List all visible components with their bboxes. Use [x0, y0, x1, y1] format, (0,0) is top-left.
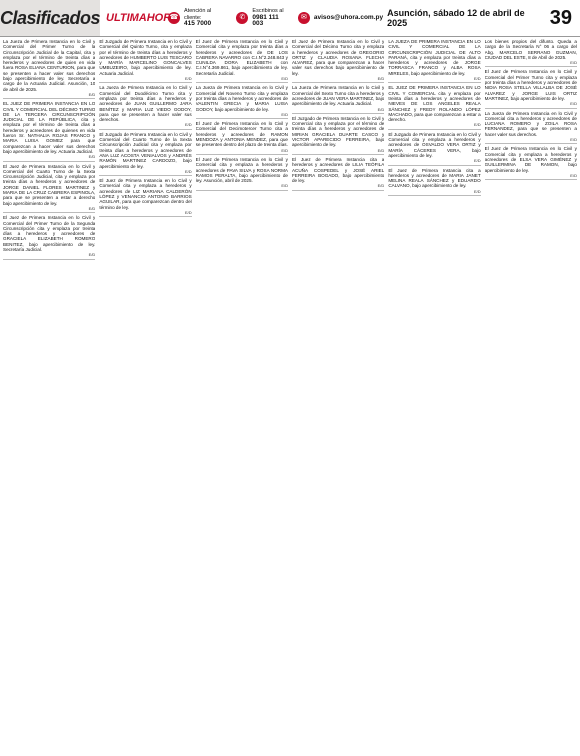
notice-ref: E/D: [388, 158, 480, 163]
legal-notice: El Juez de Primera Instancia en lo Civil…: [196, 121, 288, 155]
notice-ref: E/D: [3, 154, 95, 159]
notice-ref: E/D: [292, 107, 384, 112]
notice-ref: E/D: [196, 183, 288, 188]
legal-notice: EL JUEZ DE PRIMERA INSTANCIA EN LO CIVIL…: [3, 101, 95, 161]
contact-value: 0981 111 003: [252, 14, 278, 28]
legal-notice: La Jueza de Primera Instancia en lo Civi…: [292, 85, 384, 113]
legal-notice: El Juez de Primera Instancia en lo Civil…: [485, 69, 577, 108]
legal-notice: El Juzgado de Primera Instancia en lo Ci…: [99, 39, 191, 83]
notice-ref: E/D: [485, 173, 577, 178]
notice-ref: E/D: [3, 252, 95, 257]
column-3: El Juez de Primera Instancia en lo Civil…: [196, 39, 288, 755]
legal-notice: LA JUEZA DE PRIMERA INSTANCIA EN LO CIVI…: [388, 39, 480, 83]
notice-ref: E/D: [99, 76, 191, 81]
contact-phone: ☎ Atención al cliente:415 7000: [164, 0, 232, 36]
legal-notice: El Juez de Primera Instancia en lo Civil…: [485, 146, 577, 180]
notice-text: El Juez de Primera Instancia cita a here…: [388, 168, 480, 189]
contact-email: ✉ avisos@uhora.com.py: [294, 0, 387, 36]
notice-text: La Jueza de Primera Instancia en lo Civi…: [292, 85, 384, 106]
legal-notice: El Juez de Primera Instancia en lo Civil…: [99, 178, 191, 217]
column-5: LA JUEZA DE PRIMERA INSTANCIA EN LO CIVI…: [388, 39, 480, 755]
legal-notice: El Juez de Primera Instancia en lo Civil…: [3, 164, 95, 214]
legal-notice: Los bienes propios del difunto. Queda a …: [485, 39, 577, 67]
notice-ref: E/D: [99, 210, 191, 215]
notice-text: El Juzgado de Primera Instancia en lo Ci…: [388, 132, 480, 158]
legal-notice: EL JUEZ DE PRIMERA INSTANCIA EN LO CIVIL…: [388, 85, 480, 129]
legal-notice: El Juez de Primera Instancia en lo Civil…: [196, 157, 288, 191]
column-2: El Juzgado de Primera Instancia en lo Ci…: [99, 39, 191, 755]
column-1: La Jueza de Primera Instancia en lo Civi…: [3, 39, 95, 755]
column-6: Los bienes propios del difunto. Queda a …: [485, 39, 577, 755]
legal-notice: La Jueza de Primera Instancia en lo Civi…: [99, 85, 191, 129]
column-4: El Juez de Primera Instancia en lo Civil…: [292, 39, 384, 755]
notice-ref: E/D: [388, 122, 480, 127]
notice-ref: E/D: [196, 76, 288, 81]
email-icon: ✉: [298, 12, 310, 24]
notice-ref: E/D: [485, 137, 577, 142]
section-title-box: Clasificados: [0, 0, 100, 36]
phone-icon: ☎: [168, 12, 180, 24]
notice-text: El Juez de Primera Instancia en lo Civil…: [196, 157, 288, 183]
notice-text: LA JUEZA DE PRIMERA INSTANCIA EN LO CIVI…: [388, 39, 480, 76]
whatsapp-icon: ✆: [236, 12, 248, 24]
notice-text: El Juzgado de Primera Instancia en lo Ci…: [99, 132, 191, 169]
notice-ref: E/D: [99, 169, 191, 174]
notice-text: La Jueza de Primera Instancia en lo Civi…: [485, 111, 577, 137]
notice-ref: E/D: [196, 112, 288, 117]
legal-notice: El Juez de Primera Instancia cita a here…: [388, 168, 480, 196]
notice-text: Los bienes propios del difunto. Queda a …: [485, 39, 577, 60]
legal-notice: La Jueza de Primera Instancia en lo Civi…: [485, 111, 577, 145]
notice-ref: E/D: [292, 148, 384, 153]
legal-notice: La Jueza de Primera Instancia en lo Civi…: [3, 39, 95, 99]
notice-text: El Juez de Primera Instancia cita a here…: [292, 157, 384, 183]
legal-notice: El Juez de Primera Instancia en lo Civil…: [3, 215, 95, 259]
notice-ref: E/D: [388, 76, 480, 81]
notice-ref: E/D: [292, 183, 384, 188]
notice-text: El Juzgado de Primera Instancia en lo Ci…: [292, 116, 384, 147]
legal-notice: El Juez de Primera Instancia en lo Civil…: [196, 39, 288, 83]
notice-ref: E/D: [99, 122, 191, 127]
contact-whatsapp: ✆ Escribinos al0981 111 003: [232, 0, 293, 36]
notice-text: El Juez de Primera Instancia en lo Civil…: [485, 146, 577, 172]
notice-text: La Jueza de Primera Instancia en lo Civi…: [196, 85, 288, 111]
notice-text: La Jueza de Primera Instancia en lo Civi…: [3, 39, 95, 92]
notice-ref: E/D: [292, 76, 384, 81]
notice-ref: E/D: [196, 148, 288, 153]
notice-text: EL JUEZ DE PRIMERA INSTANCIA EN LO CIVIL…: [3, 101, 95, 154]
page-header: Clasificados ULTIMAHORA ☎ Atención al cl…: [0, 0, 580, 37]
contact-label: Atención al cliente:: [184, 8, 211, 21]
legal-notice: El Juzgado de Primera Instancia en lo Ci…: [388, 132, 480, 166]
notice-ref: E/D: [3, 92, 95, 97]
issue-date: Asunción, sábado 12 de abril de 2025: [387, 8, 542, 28]
page-number: 39: [550, 7, 572, 30]
notice-text: El Juzgado de Primera Instancia en lo Ci…: [99, 39, 191, 76]
notice-text: El Juez de Primera Instancia en lo Civil…: [485, 69, 577, 100]
notice-text: El Juez de Primera Instancia en lo Civil…: [196, 39, 288, 76]
classifieds-columns: La Jueza de Primera Instancia en lo Civi…: [0, 37, 580, 756]
newspaper-logo: ULTIMAHORA: [100, 0, 164, 36]
date-block: Asunción, sábado 12 de abril de 2025 39: [387, 0, 580, 36]
notice-text: La Jueza de Primera Instancia en lo Civi…: [99, 85, 191, 122]
legal-notice: El Juez de Primera Instancia cita a here…: [292, 157, 384, 191]
legal-notice: El Juzgado de Primera Instancia en lo Ci…: [99, 132, 191, 176]
section-title: Clasificados: [0, 8, 100, 29]
notice-text: El Juez de Primera Instancia en lo Civil…: [3, 215, 95, 252]
legal-notice: El Juez de Primera Instancia en lo Civil…: [292, 39, 384, 83]
notice-ref: E/D: [485, 101, 577, 106]
notice-text: El Juez de Primera Instancia en lo Civil…: [99, 178, 191, 209]
notice-ref: E/D: [3, 206, 95, 211]
notice-ref: E/D: [485, 60, 577, 65]
notice-text: El Juez de Primera Instancia en lo Civil…: [3, 164, 95, 206]
notice-text: El Juez de Primera Instancia en lo Civil…: [292, 39, 384, 76]
legal-notice: El Juzgado de Primera Instancia en lo Ci…: [292, 116, 384, 155]
contact-value: 415 7000: [184, 20, 211, 27]
notice-ref: E/D: [388, 189, 480, 194]
contact-value: avisos@uhora.com.py: [314, 14, 383, 21]
notice-text: El Juez de Primera Instancia en lo Civil…: [196, 121, 288, 147]
notice-text: EL JUEZ DE PRIMERA INSTANCIA EN LO CIVIL…: [388, 85, 480, 122]
legal-notice: La Jueza de Primera Instancia en lo Civi…: [196, 85, 288, 119]
